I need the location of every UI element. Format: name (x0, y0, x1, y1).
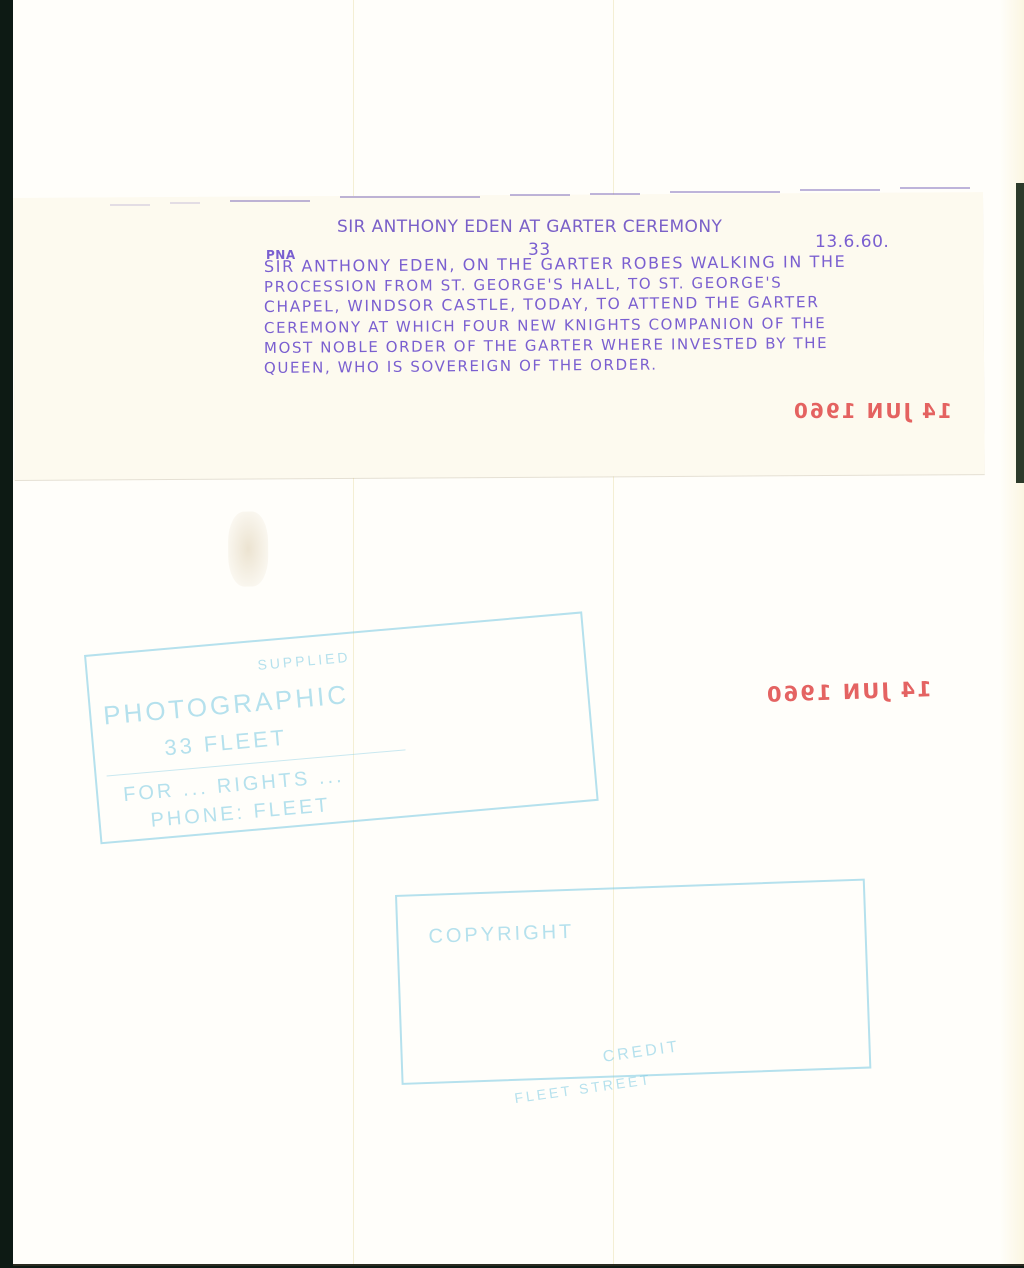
caption-date: 13.6.60. (815, 232, 889, 252)
snipe-torn-edge (110, 182, 980, 212)
paper-stain (228, 511, 268, 586)
copyright-stamp: COPYRIGHT CREDIT FLEET STREET (395, 879, 871, 1085)
stamp-text: 33 FLEET (163, 725, 288, 762)
stamp-text: COPYRIGHT (428, 921, 575, 949)
snipe-right-shadow (1016, 183, 1024, 483)
received-date-stamp: 14 JUN 1960 (792, 399, 952, 423)
stamp-text: SUPPLIED (257, 649, 351, 673)
stamp-text: PHOTOGRAPHIC (102, 679, 350, 731)
stamp-text: CREDIT (602, 1038, 681, 1067)
caption-title: SIR ANTHONY EDEN AT GARTER CEREMONY (337, 217, 722, 237)
caption-body: SIR ANTHONY EDEN, ON THE GARTER ROBES WA… (264, 257, 944, 378)
